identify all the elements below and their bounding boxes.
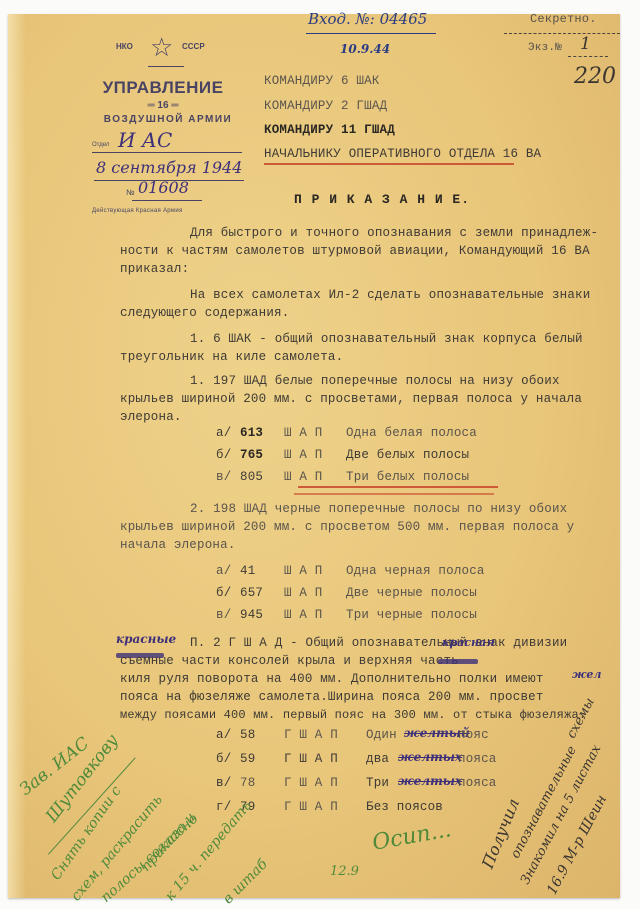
item-unit: 59 bbox=[240, 752, 255, 766]
green-date: 12.9 bbox=[330, 864, 359, 879]
item-unit: 58 bbox=[240, 728, 255, 742]
item-letter: в/ bbox=[216, 776, 231, 790]
item-unit: 805 bbox=[240, 470, 263, 484]
department-value: И АС bbox=[118, 128, 172, 152]
item-desc: Три черные полосы bbox=[346, 608, 477, 622]
department-label: Отдел bbox=[92, 142, 109, 148]
item-unit: 765 bbox=[240, 448, 263, 462]
recipient: КОМАНДИРУ 11 ГШАД bbox=[264, 123, 395, 137]
item-desc-struck: желтых bbox=[398, 774, 462, 788]
recipient: НАЧАЛЬНИКУ ОПЕРАТИВНОГО ОТДЕЛА 16 ВА bbox=[264, 147, 541, 161]
intro-line: приказал: bbox=[120, 262, 189, 276]
item-type: Г Ш А П bbox=[284, 752, 338, 766]
item-desc: пояса bbox=[458, 776, 497, 790]
section2-line: начала элерона. bbox=[120, 538, 236, 552]
stamp-line1: УПРАВЛЕНИЕ bbox=[68, 78, 258, 98]
item-unit: 945 bbox=[240, 608, 263, 622]
item-desc: Без поясов bbox=[366, 800, 443, 814]
number-label: № bbox=[126, 188, 135, 197]
item-desc: пояса bbox=[458, 752, 497, 766]
item-unit: 78 bbox=[240, 776, 255, 790]
copy-label: Экз.№ bbox=[528, 42, 562, 54]
item-letter: а/ bbox=[216, 564, 231, 578]
item-letter: а/ bbox=[216, 426, 231, 440]
item-desc-struck: желтых bbox=[398, 750, 462, 764]
document-paper: НКО ☆ СССР УПРАВЛЕНИЕ ═ 16 ═ ВОЗДУШНОЙ А… bbox=[8, 14, 620, 898]
recipient: КОМАНДИРУ 6 ШАК bbox=[264, 74, 380, 88]
instruction-line: На всех самолетах Ил-2 сделать опознават… bbox=[190, 288, 590, 302]
incoming-number: Вход. №: 04465 bbox=[308, 10, 427, 28]
section1-1-line: крыльев шириной 200 мм. с просветами, пе… bbox=[120, 392, 582, 406]
section1-1-line: 1. 197 ШАД белые поперечные полосы на ни… bbox=[190, 374, 560, 388]
receipt-line: 16.9 М-р Шеин bbox=[544, 792, 610, 897]
item-desc: Один bbox=[366, 728, 397, 742]
sender-stamp: НКО ☆ СССР УПРАВЛЕНИЕ ═ 16 ═ ВОЗДУШНОЙ А… bbox=[68, 28, 268, 218]
section3-line: между поясами 400 мм. первый пояс на 300… bbox=[120, 708, 586, 722]
stamp-date: 8 сентября 1944 bbox=[96, 158, 242, 177]
section1-1-line: элерона. bbox=[120, 410, 182, 424]
instruction-line: следующего содержания. bbox=[120, 306, 289, 320]
stamp-org-right: СССР bbox=[182, 42, 205, 51]
item-letter: б/ bbox=[216, 752, 231, 766]
item-desc: пояс bbox=[458, 728, 489, 742]
section3-line: киля руля поворота на 400 мм. Дополнител… bbox=[120, 672, 544, 686]
section3-line: пояса на фюзеляже самолета.Ширина пояса … bbox=[120, 690, 544, 704]
classification-label: Секретно. bbox=[530, 12, 597, 26]
item-type: Ш А П bbox=[284, 608, 323, 622]
item-type: Г Ш А П bbox=[284, 776, 338, 790]
section2-line: 2. 198 ШАД черные поперечные полосы по н… bbox=[190, 502, 567, 516]
copy-number: 1 bbox=[580, 34, 591, 54]
item-desc: Одна белая полоса bbox=[346, 426, 477, 440]
intro-line: ности к частям самолетов штурмовой авиац… bbox=[120, 244, 590, 258]
green-note: в штаб bbox=[220, 856, 271, 907]
item-unit: 657 bbox=[240, 586, 263, 600]
section3-line: съемные части консолей крыла и верхняя ч… bbox=[120, 654, 459, 668]
item-desc: два bbox=[366, 752, 389, 766]
item-desc: Одна черная полоса bbox=[346, 564, 485, 578]
item-type: Ш А П bbox=[284, 564, 323, 578]
archive-number: 220 bbox=[574, 64, 616, 89]
intro-line: Для быстрого и точного опознавания с зем… bbox=[190, 226, 598, 240]
section3-line: П. 2 Г Ш А Д - Общий опознавательный зна… bbox=[190, 636, 567, 650]
item-letter: в/ bbox=[216, 470, 231, 484]
receipt-line: Получил bbox=[478, 796, 523, 871]
recipient: КОМАНДИРУ 2 ГШАД bbox=[264, 99, 387, 113]
item-type: Ш А П bbox=[284, 586, 323, 600]
item-type: Ш А П bbox=[284, 426, 323, 440]
item-type: Ш А П bbox=[284, 470, 323, 484]
item-type: Ш А П bbox=[284, 448, 323, 462]
section2-line: крыльев шириной 200 мм. с просветом 500 … bbox=[120, 520, 574, 534]
document-title: П Р И К А З А Н И Е. bbox=[294, 192, 470, 207]
correction-red: красная bbox=[442, 636, 495, 649]
item-type: Г Ш А П bbox=[284, 800, 338, 814]
item-type: Г Ш А П bbox=[284, 728, 338, 742]
stamp-number: 01608 bbox=[138, 178, 189, 197]
stamp-org-left: НКО bbox=[116, 42, 133, 51]
item-unit: 613 bbox=[240, 426, 263, 440]
item-desc: Три белых полосы bbox=[346, 470, 469, 484]
item-letter: а/ bbox=[216, 728, 231, 742]
stamp-line3: ВОЗДУШНОЙ АРМИИ bbox=[68, 114, 268, 125]
item-letter: б/ bbox=[216, 586, 231, 600]
stamp-footer: Действующая Красная Армия bbox=[92, 208, 183, 214]
stamp-line2: ═ 16 ═ bbox=[68, 100, 258, 111]
correction-red: красные bbox=[116, 632, 176, 646]
item-desc: Две черные полосы bbox=[346, 586, 477, 600]
item-desc: Две белых полосы bbox=[346, 448, 469, 462]
incoming-date: 10.9.44 bbox=[340, 42, 390, 56]
item-desc: Три bbox=[366, 776, 389, 790]
item-letter: в/ bbox=[216, 608, 231, 622]
star-icon: ☆ bbox=[150, 34, 173, 60]
item-unit: 41 bbox=[240, 564, 255, 578]
green-signature: Осип... bbox=[370, 817, 453, 855]
section1-line: 1. 6 ШАК - общий опознавательный знак ко… bbox=[190, 332, 583, 346]
correction-yellow: жел bbox=[572, 668, 601, 681]
item-letter: б/ bbox=[216, 448, 231, 462]
section1-line: треугольник на киле самолета. bbox=[120, 350, 343, 364]
